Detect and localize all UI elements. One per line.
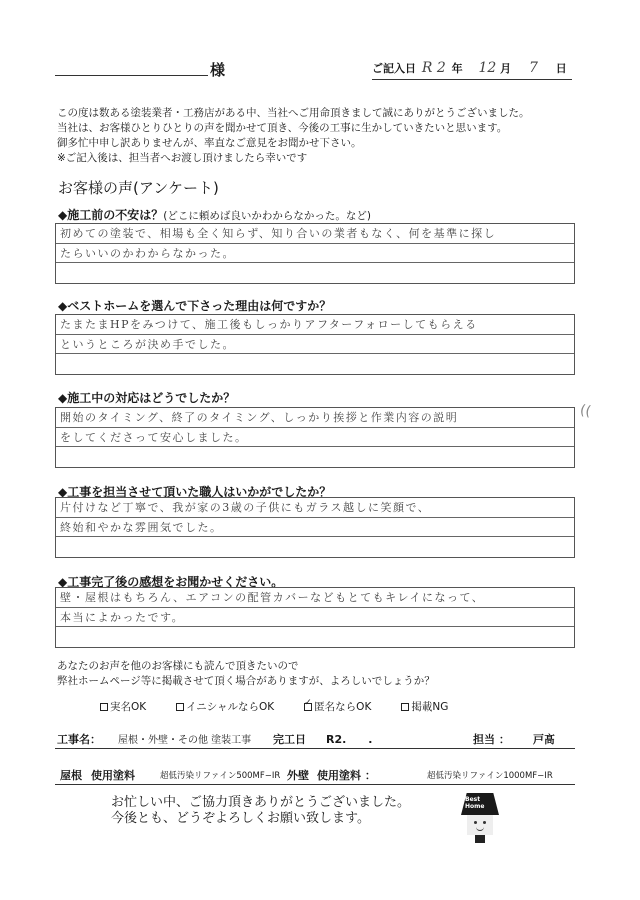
answer-line: 壁・屋根はもちろん、エアコンの配管カバーなどもとてもキレイになって、 xyxy=(56,588,574,608)
answer-line: たらいいのかわからなかった。 xyxy=(56,244,574,264)
answer-line xyxy=(56,263,574,283)
date-month: 12 xyxy=(478,60,496,76)
mascot-logo-text: Best Home xyxy=(465,796,484,810)
mascot-body xyxy=(475,835,485,843)
month-label: 月 xyxy=(500,60,511,76)
job-info-row: 工事名： 屋根・外壁・その他 塗装工事 完工日 R2. . 担当 ： 戸髙 xyxy=(55,731,575,749)
intro-line: 御多忙中申し訳ありませんが、率直なご意見をお聞かせ下さい。 xyxy=(57,136,530,151)
answer-box: たまたまHPをみつけて、施工後もしっかりアフターフォローしてもらえる というとこ… xyxy=(55,314,575,375)
option-label: 匿名ならOK xyxy=(314,699,371,714)
intro-text: この度は数ある塗装業者・工務店がある中、当社へご用命頂きまして誠にありがとうござ… xyxy=(57,106,530,166)
question-title-main: ◆ベストホームを選んで下さった理由は何ですか？ xyxy=(58,299,331,313)
date-era-year: R 2 xyxy=(422,60,446,76)
closing-line: 今後とも、どうぞよろしくお願い致します。 xyxy=(111,811,410,827)
answer-line xyxy=(56,627,574,647)
consent-options: 実名OK イニシャルならOK 匿名ならOK 掲載NG xyxy=(100,699,478,714)
answer-line xyxy=(56,354,574,374)
intro-line: この度は数ある塗装業者・工務店がある中、当社へご用命頂きまして誠にありがとうござ… xyxy=(57,106,530,121)
answer-line xyxy=(56,447,574,467)
answer-line: たまたまHPをみつけて、施工後もしっかりアフターフォローしてもらえる xyxy=(56,315,574,335)
option-initials[interactable]: イニシャルならOK xyxy=(176,699,274,714)
section-title: お客様の声(アンケート) xyxy=(58,177,219,198)
wall-paint-value: 超低汚染リファイン1000MF−IR xyxy=(427,769,553,781)
consent-text: あなたのお声を他のお客様にも読んで頂きたいので 弊社ホームページ等に掲載させて頂… xyxy=(57,659,435,689)
question-title: ◆施工中の対応はどうでしたか？ xyxy=(58,389,235,406)
option-no-publish[interactable]: 掲載NG xyxy=(401,699,448,714)
answer-box: 初めての塗装で、相場も全く知らず、知り合いの業者もなく、何を基準に探し たらいい… xyxy=(55,223,575,284)
best-home-mascot-icon: Best Home xyxy=(461,793,499,845)
checkbox[interactable] xyxy=(401,703,409,711)
mascot-face xyxy=(467,815,493,835)
handwritten-margin-mark: (( xyxy=(579,402,593,420)
answer-box: 壁・屋根はもちろん、エアコンの配管カバーなどもとてもキレイになって、 本当によか… xyxy=(55,587,575,648)
mascot-eye xyxy=(474,821,477,824)
answer-box: 開始のタイミング、終了のタイミング、しっかり挨拶と作業内容の説明 をしてくださっ… xyxy=(55,407,575,468)
day-label: 日 xyxy=(556,60,567,76)
checkbox[interactable] xyxy=(100,703,108,711)
roof-label: 屋根 xyxy=(60,767,82,783)
customer-name-line xyxy=(55,75,208,76)
closing-message: お忙しい中、ご協力頂きありがとうございました。 今後とも、どうぞよろしくお願い致… xyxy=(111,795,410,827)
option-label: イニシャルならOK xyxy=(186,699,274,714)
date-day: 7 xyxy=(529,60,538,76)
option-label: 実名OK xyxy=(110,699,146,714)
wall-used-label: 使用塗料 ： xyxy=(317,767,376,783)
intro-line: ※ご記入後は、担当者へお渡し頂けましたら幸いです xyxy=(57,151,530,166)
completion-value: R2. . xyxy=(326,731,372,747)
answer-line: 片付けなど丁寧で、我が家の3歳の子供にもガラス越しに笑顔で、 xyxy=(56,498,574,518)
option-anonymous[interactable]: 匿名ならOK xyxy=(304,699,371,714)
roof-used-label: 使用塗料 xyxy=(91,767,135,783)
mascot-text-line: Best xyxy=(465,796,484,803)
staff-label: 担当 ： xyxy=(473,731,510,747)
consent-line: あなたのお声を他のお客様にも読んで頂きたいので xyxy=(57,659,435,674)
date-label: ご記入日 xyxy=(372,60,416,76)
checkbox-checked[interactable] xyxy=(304,703,312,711)
mascot-eye xyxy=(483,821,486,824)
option-real-name[interactable]: 実名OK xyxy=(100,699,146,714)
question-title: ◆施工前の不安は？(どこに頼めば良いかわからなかった。など) xyxy=(58,206,371,223)
consent-line: 弊社ホームページ等に掲載させて頂く場合がありますが、よろしいでしょうか？ xyxy=(57,674,435,689)
question-title: ◆ベストホームを選んで下さった理由は何ですか？ xyxy=(58,297,331,314)
option-label: 掲載NG xyxy=(411,699,448,714)
paint-info-row: 屋根 使用塗料 超低汚染リファイン500MF−IR 外壁 使用塗料 ： 超低汚染… xyxy=(55,767,575,785)
answer-box: 片付けなど丁寧で、我が家の3歳の子供にもガラス越しに笑顔で、 終始和やかな雰囲気… xyxy=(55,497,575,558)
intro-line: 当社は、お客様ひとりひとりの声を聞かせて頂き、今後の工事に生かしていきたいと思い… xyxy=(57,121,530,136)
staff-value: 戸髙 xyxy=(533,731,555,747)
answer-line: 初めての塗装で、相場も全く知らず、知り合いの業者もなく、何を基準に探し xyxy=(56,224,574,244)
answer-line xyxy=(56,537,574,557)
job-name-label: 工事名： xyxy=(57,731,101,747)
year-label: 年 xyxy=(452,60,463,76)
checkbox[interactable] xyxy=(176,703,184,711)
mascot-text-line: Home xyxy=(465,803,484,810)
roof-paint-value: 超低汚染リファイン500MF−IR xyxy=(160,769,280,781)
answer-line: というところが決め手でした。 xyxy=(56,335,574,355)
closing-line: お忙しい中、ご協力頂きありがとうございました。 xyxy=(111,795,410,811)
answer-line: 開始のタイミング、終了のタイミング、しっかり挨拶と作業内容の説明 xyxy=(56,408,574,428)
answer-line: 終始和やかな雰囲気でした。 xyxy=(56,518,574,538)
answer-line: 本当によかったです。 xyxy=(56,608,574,628)
completion-label: 完工日 xyxy=(273,731,306,747)
mascot-mouth xyxy=(476,827,484,831)
question-title-main: ◆施工中の対応はどうでしたか？ xyxy=(58,391,235,405)
question-title-main: ◆施工前の不安は？ xyxy=(58,208,163,222)
answer-line: をしてくださって安心しました。 xyxy=(56,428,574,448)
entry-date: ご記入日 R 2 年 12 月 7 日 xyxy=(372,60,572,80)
wall-label: 外壁 xyxy=(287,767,309,783)
job-name-value: 屋根・外壁・その他 塗装工事 xyxy=(118,731,251,746)
question-subtitle: (どこに頼めば良いかわからなかった。など) xyxy=(163,210,371,222)
customer-honorific: 様 xyxy=(210,59,225,80)
